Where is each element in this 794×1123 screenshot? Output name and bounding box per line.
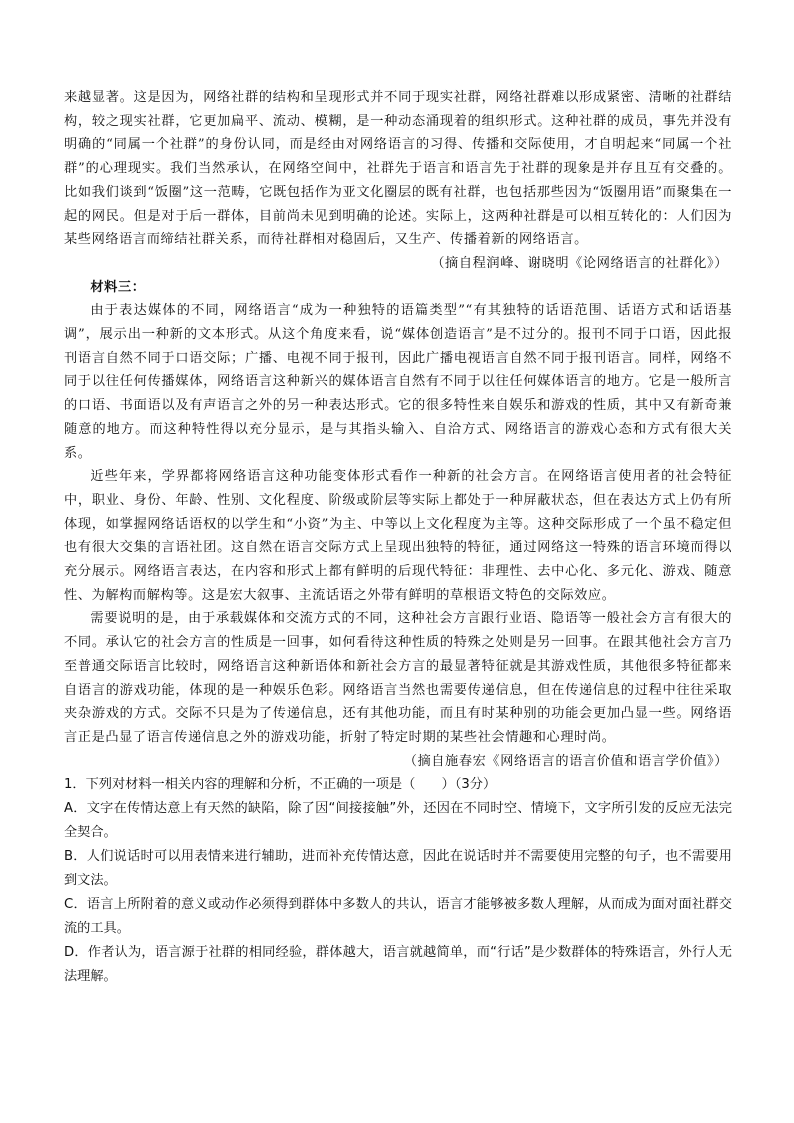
question-1-stem: 1．下列对材料一相关内容的理解和分析，不正确的一项是（ ）（3分） bbox=[64, 773, 732, 797]
question-1-option-b: B．人们说话时可以用表情来进行辅助，进而补充传情达意，因此在说话时并不需要使用完… bbox=[64, 845, 732, 893]
material-2-tail: 来越显著。这是因为，网络社群的结构和呈现形式并不同于现实社群，网络社群难以形成紧… bbox=[64, 86, 732, 276]
question-1-option-c: C．语言上所附着的意义或动作必须得到群体中多数人的共认，语言才能够被多数人理解，… bbox=[64, 893, 732, 941]
material-2-paragraph: 来越显著。这是因为，网络社群的结构和呈现形式并不同于现实社群，网络社群难以形成紧… bbox=[64, 86, 732, 252]
material-2-source: （摘自程润峰、谢晓明《论网络语言的社群化》） bbox=[64, 252, 732, 276]
material-3: 材料三： 由于表达媒体的不同，网络语言“成为一种独特的语篇类型”“有其独特的话语… bbox=[64, 276, 732, 774]
material-3-heading: 材料三： bbox=[64, 276, 732, 300]
material-3-paragraph-3: 需要说明的是，由于承载媒体和交流方式的不同，这种社会方言跟行业语、隐语等一般社会… bbox=[64, 607, 732, 749]
question-1-option-a: A．文字在传情达意上有天然的缺陷，除了因“间接接触”外，还因在不同时空、情境下，… bbox=[64, 797, 732, 845]
exam-page: 来越显著。这是因为，网络社群的结构和呈现形式并不同于现实社群，网络社群难以形成紧… bbox=[64, 86, 732, 989]
material-3-paragraph-2: 近些年来，学界都将网络语言这种功能变体形式看作一种新的社会方言。在网络语言使用者… bbox=[64, 465, 732, 607]
material-3-paragraph-1: 由于表达媒体的不同，网络语言“成为一种独特的语篇类型”“有其独特的话语范围、话语… bbox=[64, 299, 732, 465]
question-1: 1．下列对材料一相关内容的理解和分析，不正确的一项是（ ）（3分） A．文字在传… bbox=[64, 773, 732, 988]
question-1-option-d: D．作者认为，语言源于社群的相同经验，群体越大，语言就越简单，而“行话”是少数群… bbox=[64, 941, 732, 989]
material-3-source: （摘自施春宏《网络语言的语言价值和语言学价值》） bbox=[64, 750, 732, 774]
